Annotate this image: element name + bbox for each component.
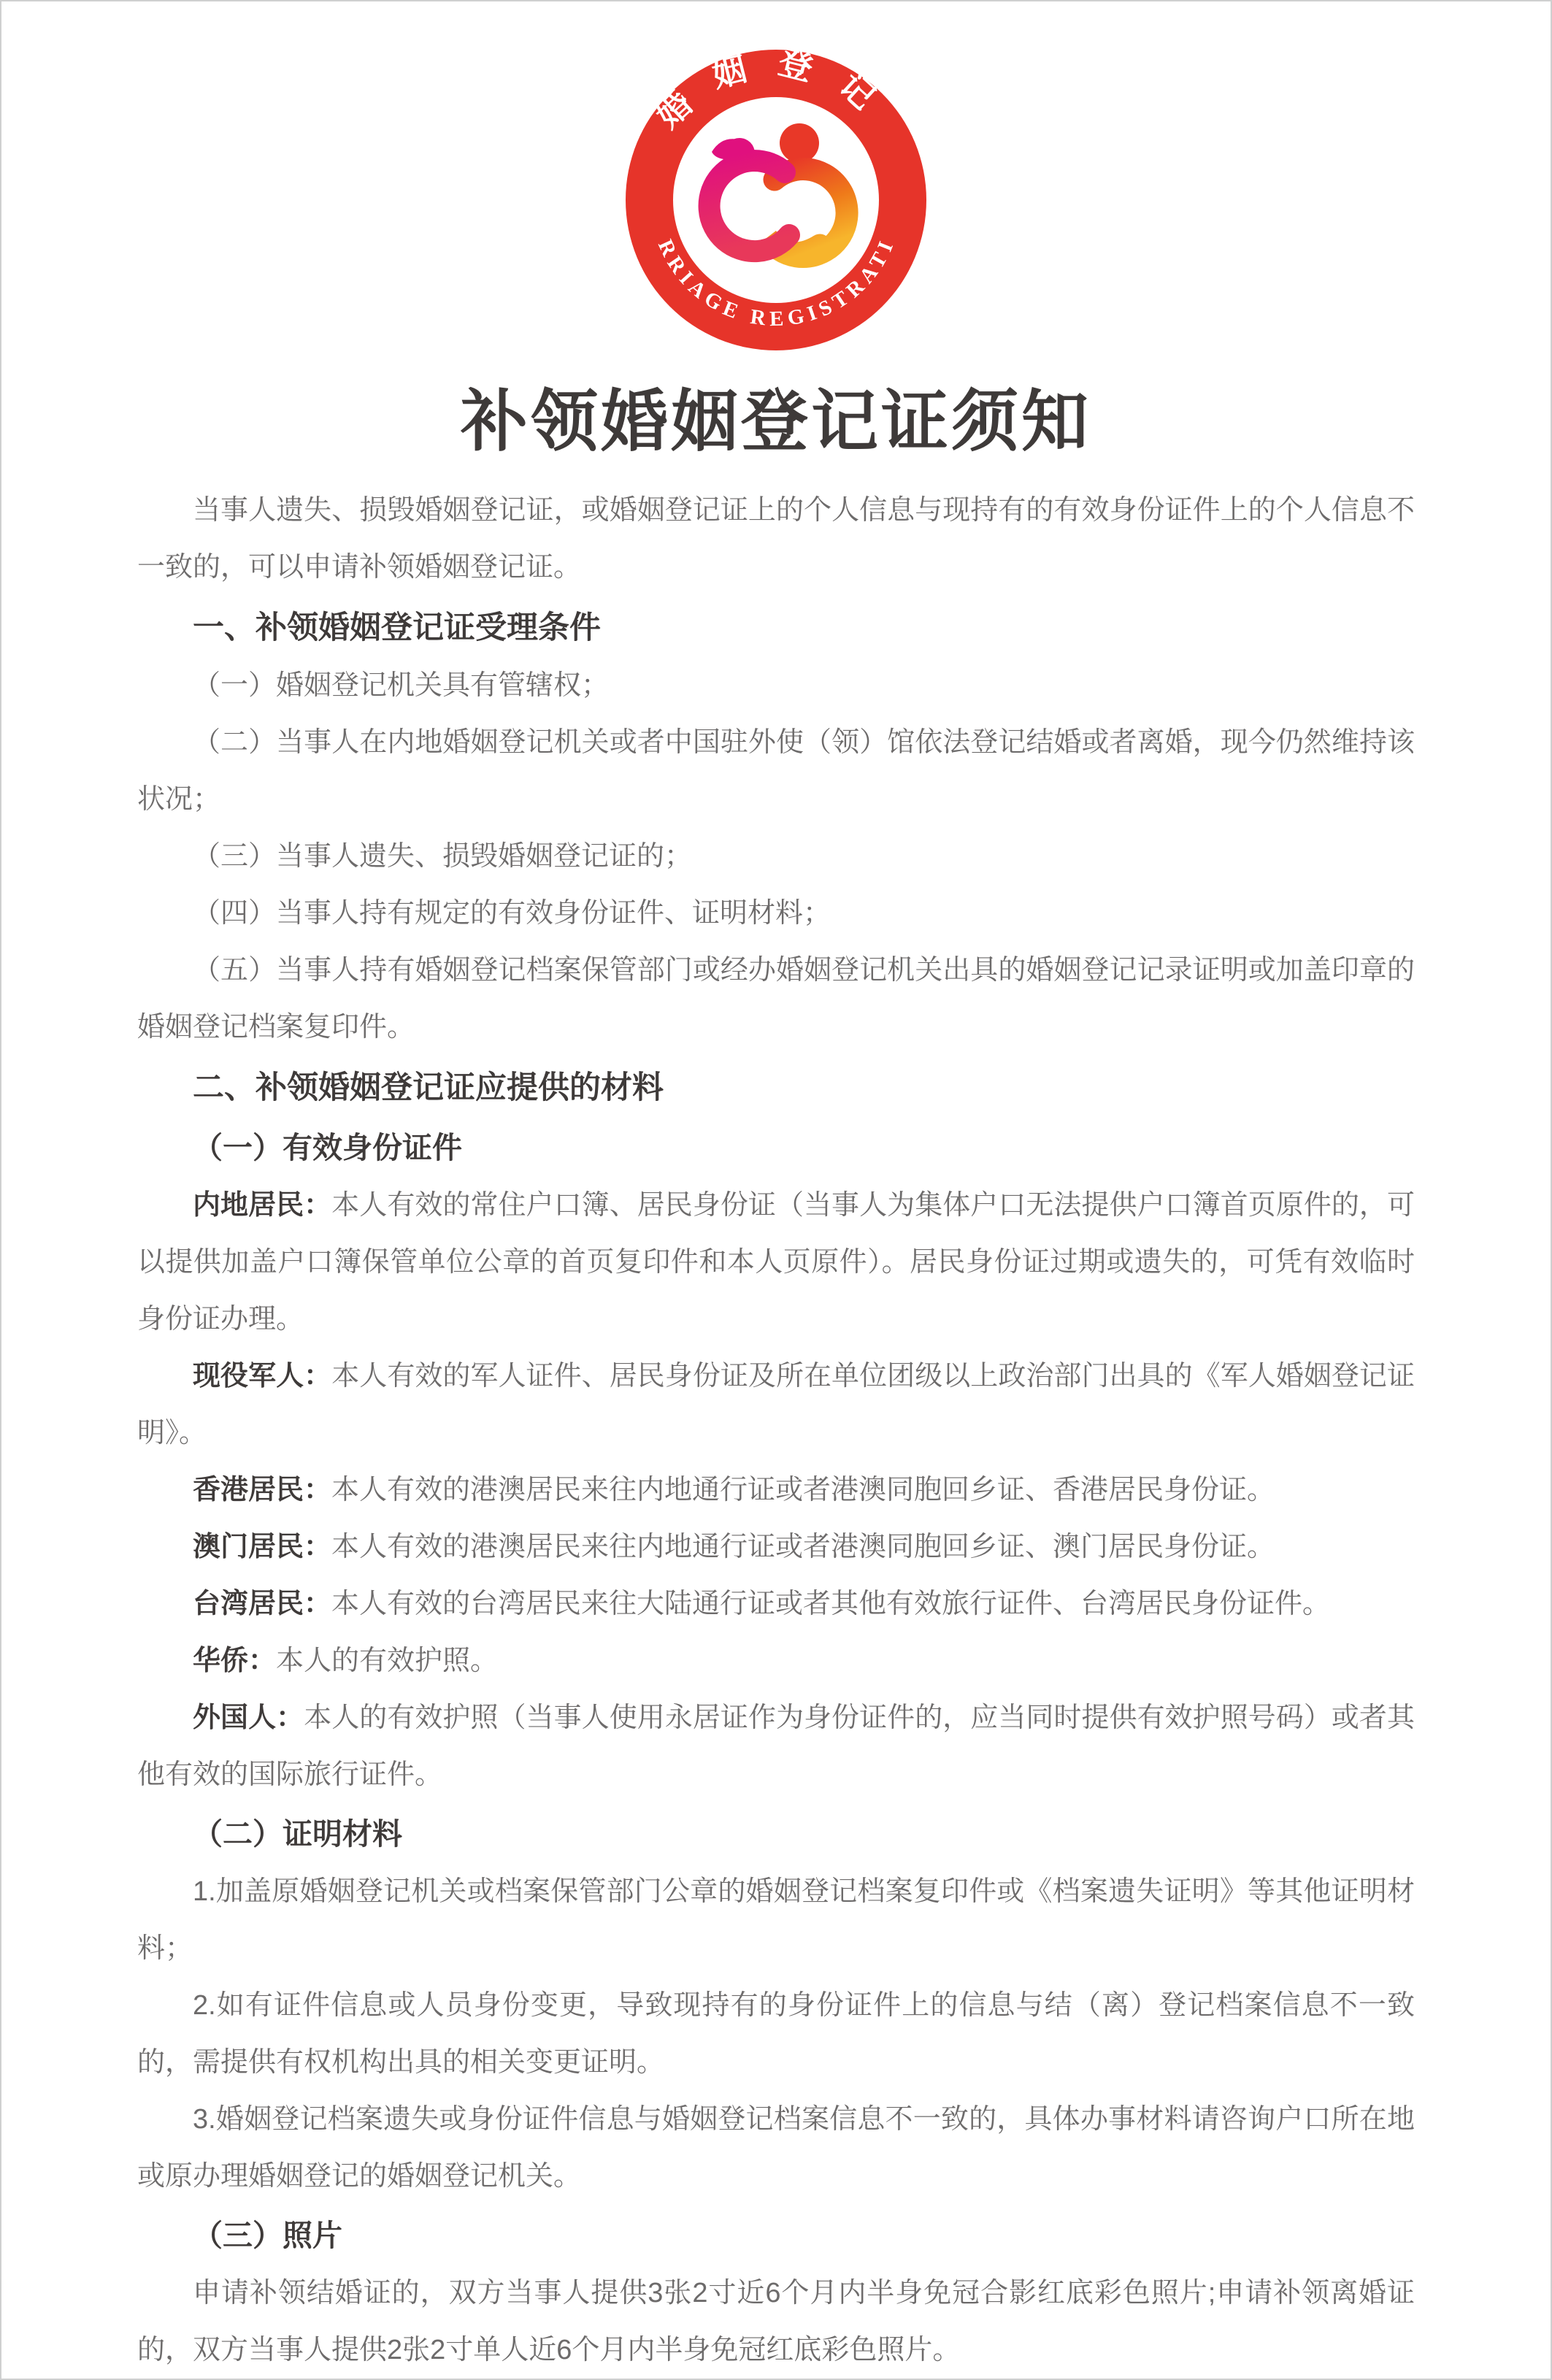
intro-paragraph: 当事人遗失、损毁婚姻登记证，或婚姻登记证上的个人信息与现持有的有效身份证件上的个… [137, 482, 1415, 596]
document-body: 当事人遗失、损毁婚姻登记证，或婚姻登记证上的个人信息与现持有的有效身份证件上的个… [1, 477, 1551, 2379]
entry-label: 香港居民： [193, 1475, 331, 1505]
identity-entry: 台湾居民：本人有效的台湾居民来往大陆通行证或者其他有效旅行证件、台湾居民身份证件… [137, 1575, 1415, 1632]
page-title: 补领婚姻登记证须知 [1, 380, 1551, 464]
entry-text: 本人有效的台湾居民来往大陆通行证或者其他有效旅行证件、台湾居民身份证件。 [331, 1589, 1330, 1619]
entry-text: 本人的有效护照（当事人使用永居证作为身份证件的，应当同时提供有效护照号码）或者其… [137, 1703, 1415, 1790]
identity-entry: 现役军人：本人有效的军人证件、居民身份证及所在单位团级以上政治部门出具的《军人婚… [137, 1348, 1415, 1462]
section1-item: （五）当事人持有婚姻登记档案保管部门或经办婚姻登记机关出具的婚姻登记记录证明或加… [137, 942, 1415, 1056]
entry-label: 外国人： [193, 1703, 304, 1733]
proof-item: 2.如有证件信息或人员身份变更，导致现持有的身份证件上的信息与结（离）登记档案信… [137, 1977, 1415, 2091]
marriage-registration-logo: 婚姻登记 MARRIAGE REGISTRATION [1, 1, 1551, 361]
sub1-heading: （一）有效身份证件 [137, 1118, 1415, 1177]
entry-label: 现役军人： [193, 1361, 331, 1391]
identity-entry: 香港居民：本人有效的港澳居民来往内地通行证或者港澳同胞回乡证、香港居民身份证。 [137, 1462, 1415, 1519]
sub2-heading: （二）证明材料 [137, 1805, 1415, 1863]
section1-item: （一）婚姻登记机关具有管辖权； [137, 657, 1415, 714]
entry-label: 华侨： [193, 1646, 276, 1676]
proof-item: 3.婚姻登记档案遗失或身份证件信息与婚姻登记档案信息不一致的，具体办事材料请咨询… [137, 2091, 1415, 2205]
entry-text: 本人有效的港澳居民来往内地通行证或者港澳同胞回乡证、澳门居民身份证。 [331, 1532, 1275, 1562]
photo-paragraph: 申请补领结婚证的，双方当事人提供3张2寸近6个月内半身免冠合影红底彩色照片;申请… [137, 2265, 1415, 2379]
section1-heading: 一、补领婚姻登记证受理条件 [137, 599, 1415, 657]
sub3-heading: （三）照片 [137, 2206, 1415, 2265]
entry-label: 澳门居民： [193, 1532, 331, 1562]
identity-entry: 外国人：本人的有效护照（当事人使用永居证作为身份证件的，应当同时提供有效护照号码… [137, 1689, 1415, 1803]
entry-text: 本人有效的港澳居民来往内地通行证或者港澳同胞回乡证、香港居民身份证。 [331, 1475, 1275, 1505]
section2-heading: 二、补领婚姻登记证应提供的材料 [137, 1059, 1415, 1117]
section1-item: （二）当事人在内地婚姻登记机关或者中国驻外使（领）馆依法登记结婚或者离婚，现今仍… [137, 714, 1415, 828]
identity-entry: 澳门居民：本人有效的港澳居民来往内地通行证或者港澳同胞回乡证、澳门居民身份证。 [137, 1519, 1415, 1575]
identity-entry: 内地居民：本人有效的常住户口簿、居民身份证（当事人为集体户口无法提供户口簿首页原… [137, 1177, 1415, 1348]
entry-label: 台湾居民： [193, 1589, 331, 1619]
section1-item: （四）当事人持有规定的有效身份证件、证明材料； [137, 885, 1415, 942]
logo-seal-icon: 婚姻登记 MARRIAGE REGISTRATION [618, 42, 934, 358]
proof-item: 1.加盖原婚姻登记机关或档案保管部门公章的婚姻登记档案复印件或《档案遗失证明》等… [137, 1863, 1415, 1977]
entry-text: 本人的有效护照。 [276, 1646, 498, 1676]
entry-label: 内地居民： [193, 1190, 331, 1221]
section1-item: （三）当事人遗失、损毁婚姻登记证的； [137, 828, 1415, 885]
identity-entry: 华侨：本人的有效护照。 [137, 1632, 1415, 1689]
